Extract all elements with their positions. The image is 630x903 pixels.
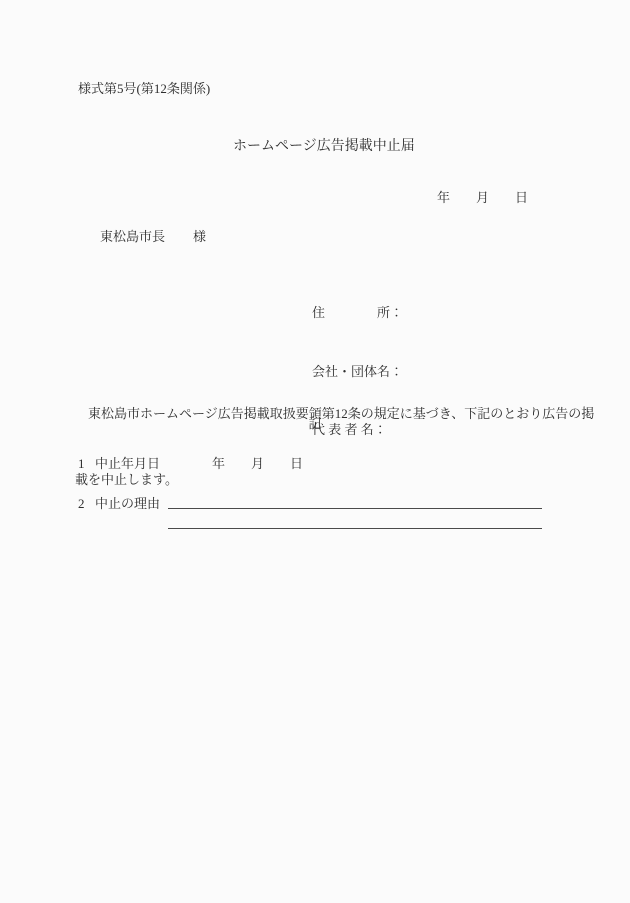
reason-fill-in-line-2 [168,528,542,529]
reason-fill-in-line-1 [168,508,542,509]
address-field-label: 住 所： [312,303,403,323]
recipient-honorific: 様 [193,229,206,245]
item-1-date-blank: 年 月 日 [212,456,303,472]
form-number: 様式第5号(第12条関係) [78,81,210,97]
body-line: 載を中止します。 [75,469,580,491]
item-1-number: 1 [78,456,85,472]
item-2-label-cancellation-reason: 中止の理由 [95,496,160,512]
document-page: 様式第5号(第12条関係) ホームページ広告掲載中止届 年 月 日 東松島市長 … [0,0,630,903]
section-marker-ki: 記 [0,416,630,432]
item-1-label-cancellation-date: 中止年月日 [95,456,160,472]
date-blank-line: 年 月 日 [437,190,528,206]
item-2-number: 2 [78,496,85,512]
recipient-name: 東松島市長 [100,229,165,245]
document-title: ホームページ広告掲載中止届 [233,139,415,156]
